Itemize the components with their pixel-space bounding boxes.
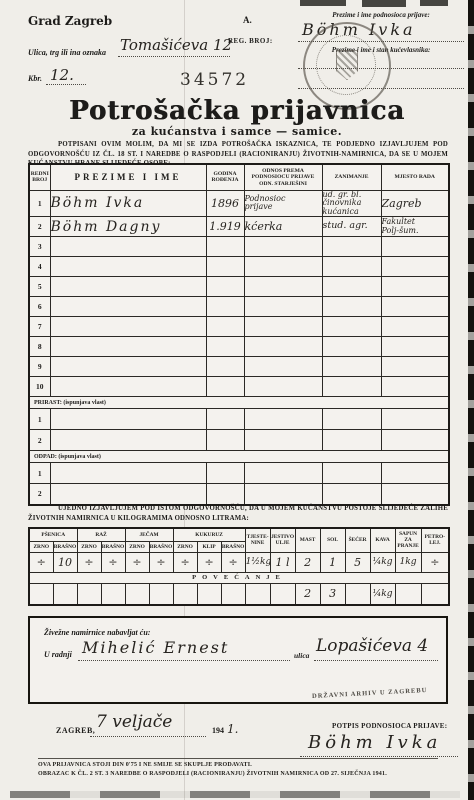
reg-number-stamped: 34572 <box>180 70 249 90</box>
member-name: Böhm Ivka <box>50 190 206 217</box>
row-number: 2 <box>29 217 50 237</box>
member-occupation: ud. gr. bl. činovnika kućanica <box>322 190 381 217</box>
col-header-sol: SOL <box>320 528 345 552</box>
subcol-klip: KLIP <box>197 541 221 552</box>
street-label: Ulica, trg ili ina oznaka <box>28 48 106 57</box>
street-handwritten: Tomašićeva 12 <box>120 36 232 54</box>
member-row: 10 <box>29 377 449 397</box>
shop-street-handwritten: Lopašićeva 4 <box>316 636 428 656</box>
member-year: 1.919 <box>206 217 244 237</box>
declaration-paragraph-2: UJEDNO IZJAVLJUJEM POD ISTOM ODGOVORNOŠĆ… <box>28 504 448 523</box>
col-header-prezime-ime: PREZIME I IME <box>50 164 206 190</box>
odpad-band: ODPAD: (ispunjava vlast) <box>29 451 449 463</box>
col-header-godina-rodenja: GODINA ROĐENJA <box>206 164 244 190</box>
povecanje-label: POVEĆANJE <box>29 572 449 583</box>
signature-line <box>300 756 458 757</box>
member-relation: Podnosioc prijave <box>244 190 322 217</box>
member-row: 6 <box>29 297 449 317</box>
member-row: 8 <box>29 337 449 357</box>
supplies-increase-row: 2 3 ¼kg <box>29 583 449 605</box>
odpad-row: 1 <box>29 463 449 484</box>
supplies-values-row: ÷ 10 ÷ ÷ ÷ ÷ ÷ ÷ ÷ 1½kg 1 l 2 1 5 ¼kg 1k… <box>29 552 449 572</box>
row-number: 3 <box>29 237 50 257</box>
member-year: 1896 <box>206 190 244 217</box>
form-subtitle: za kućanstva i samce — samice. <box>0 125 474 138</box>
household-members-table: REDNI BROJ PREZIME I IME GODINA ROĐENJA … <box>28 163 450 506</box>
member-row: 3 <box>29 237 449 257</box>
col-group-raz: RAŽ <box>77 528 125 541</box>
col-header-mast: MAST <box>295 528 320 552</box>
member-occupation: stud. agr. <box>322 217 381 237</box>
signature-handwritten: Böhm Ivka <box>308 732 441 753</box>
col-group-jecam: JEČAM <box>125 528 173 541</box>
shop-line <box>78 660 290 661</box>
section-letter: A. <box>243 15 252 25</box>
food-supplies-table: PŠENICA RAŽ JEČAM KUKURUZ TJESTE- NINE J… <box>28 527 450 606</box>
row-number: 2 <box>29 430 50 451</box>
supply-source-box: Živežne namirnice nabavljat ću: U radnji… <box>28 616 448 704</box>
scan-edge-bottom <box>10 791 460 798</box>
row-number: 1 <box>29 409 50 430</box>
members-header-row: REDNI BROJ PREZIME I IME GODINA ROĐENJA … <box>29 164 449 190</box>
kbr-handwritten: 12. <box>50 66 74 84</box>
col-header-sapun: SAPUN ZA PRANJE <box>395 528 421 552</box>
col-header-mjesto-rada: MJESTO RADA <box>381 164 449 190</box>
subcol-zrno: ZRNO <box>173 541 197 552</box>
row-number: 9 <box>29 357 50 377</box>
prirast-row: 1 <box>29 409 449 430</box>
member-row: 5 <box>29 277 449 297</box>
member-name: Böhm Dagny <box>50 217 206 237</box>
row-number: 8 <box>29 337 50 357</box>
shop-street-line <box>314 660 438 661</box>
col-header-petrolej: PETRO- LEJ. <box>421 528 449 552</box>
col-group-kukuruz: KUKURUZ <box>173 528 245 541</box>
row-number: 10 <box>29 377 50 397</box>
col-header-kava: KAVA <box>370 528 395 552</box>
subcol-zrno: ZRNO <box>125 541 149 552</box>
supply-box-label: Živežne namirnice nabavljat ću: <box>44 628 150 637</box>
kbr-label: Kbr. <box>28 74 42 83</box>
row-number: 1 <box>29 190 50 217</box>
col-header-jestivo-ulje: JESTIVO ULJE <box>270 528 295 552</box>
street-line <box>118 56 230 57</box>
applicant-label: Prezime i ime podnosioca prijave: <box>300 11 462 19</box>
supplies-group-header-row: PŠENICA RAŽ JEČAM KUKURUZ TJESTE- NINE J… <box>29 528 449 541</box>
member-relation: kćerka <box>244 217 322 237</box>
date-line <box>90 736 206 737</box>
subcol-brasno: BRAŠNO <box>221 541 245 552</box>
member-workplace: Fakultet Polj-šum. <box>381 217 449 237</box>
fine-print-line2: OBRAZAC K ČL. 2 ST. 3 NAREDBE O RASPODJE… <box>38 771 387 777</box>
scanned-form-page: Grad Zagreb Ulica, trg ili ina oznaka To… <box>0 0 474 800</box>
fine-print-rule <box>38 758 438 760</box>
col-header-secer: ŠEĆER <box>345 528 370 552</box>
reg-number-label: REG. BROJ: <box>228 37 273 45</box>
member-row: 9 <box>29 357 449 377</box>
scan-smudge <box>300 0 346 6</box>
odpad-label: ODPAD: (ispunjava vlast) <box>29 451 449 463</box>
member-row: 1 Böhm Ivka 1896 Podnosioc prijave ud. g… <box>29 190 449 217</box>
archive-stamp: DRŽAVNI ARHIV U ZAGREBU <box>312 687 428 700</box>
place-label: ZAGREB, <box>56 726 95 735</box>
scan-smudge <box>420 0 448 6</box>
prirast-label: PRIRAST: (ispunjava vlast) <box>29 397 449 409</box>
fine-print-line1: OVA PRIJAVNICA STOJI DIN 0'75 I NE SMIJE… <box>38 762 252 768</box>
subcol-brasno: BRAŠNO <box>149 541 173 552</box>
row-number: 7 <box>29 317 50 337</box>
year-handwritten: 1. <box>227 722 238 736</box>
scan-smudge <box>362 0 406 7</box>
subcol-brasno: BRAŠNO <box>53 541 77 552</box>
member-row: 7 <box>29 317 449 337</box>
shop-label: U radnji <box>44 650 72 659</box>
povecanje-band: POVEĆANJE <box>29 572 449 583</box>
col-header-redni-broj: REDNI BROJ <box>29 164 50 190</box>
kbr-line <box>46 84 86 85</box>
col-header-odnos: ODNOS PREMA PODNOSIOCU PRIJAVE ODN. STAR… <box>244 164 322 190</box>
member-row: 4 <box>29 257 449 277</box>
subcol-zrno: ZRNO <box>29 541 53 552</box>
row-number: 2 <box>29 484 50 505</box>
subcol-brasno: BRAŠNO <box>101 541 125 552</box>
col-group-psenica: PŠENICA <box>29 528 77 541</box>
prirast-band: PRIRAST: (ispunjava vlast) <box>29 397 449 409</box>
prirast-row: 2 <box>29 430 449 451</box>
year-printed: 194 <box>212 726 224 735</box>
city-heading: Grad Zagreb <box>28 14 112 28</box>
subcol-zrno: ZRNO <box>77 541 101 552</box>
shop-street-label: ulica <box>294 651 309 660</box>
row-number: 5 <box>29 277 50 297</box>
member-workplace: Zagreb <box>381 190 449 217</box>
row-number: 6 <box>29 297 50 317</box>
form-title: Potrošačka prijavnica <box>0 96 474 126</box>
signature-label: POTPIS PODNOSIOCA PRIJAVE: <box>332 722 447 730</box>
shop-handwritten: Mihelić Ernest <box>82 638 229 657</box>
col-header-zanimanje: ZANIMANJE <box>322 164 381 190</box>
date-handwritten: 7 veljače <box>96 712 172 732</box>
row-number: 1 <box>29 463 50 484</box>
odpad-row: 2 <box>29 484 449 505</box>
row-number: 4 <box>29 257 50 277</box>
member-row: 2 Böhm Dagny 1.919 kćerka stud. agr. Fak… <box>29 217 449 237</box>
col-header-tjestenine: TJESTE- NINE <box>245 528 270 552</box>
